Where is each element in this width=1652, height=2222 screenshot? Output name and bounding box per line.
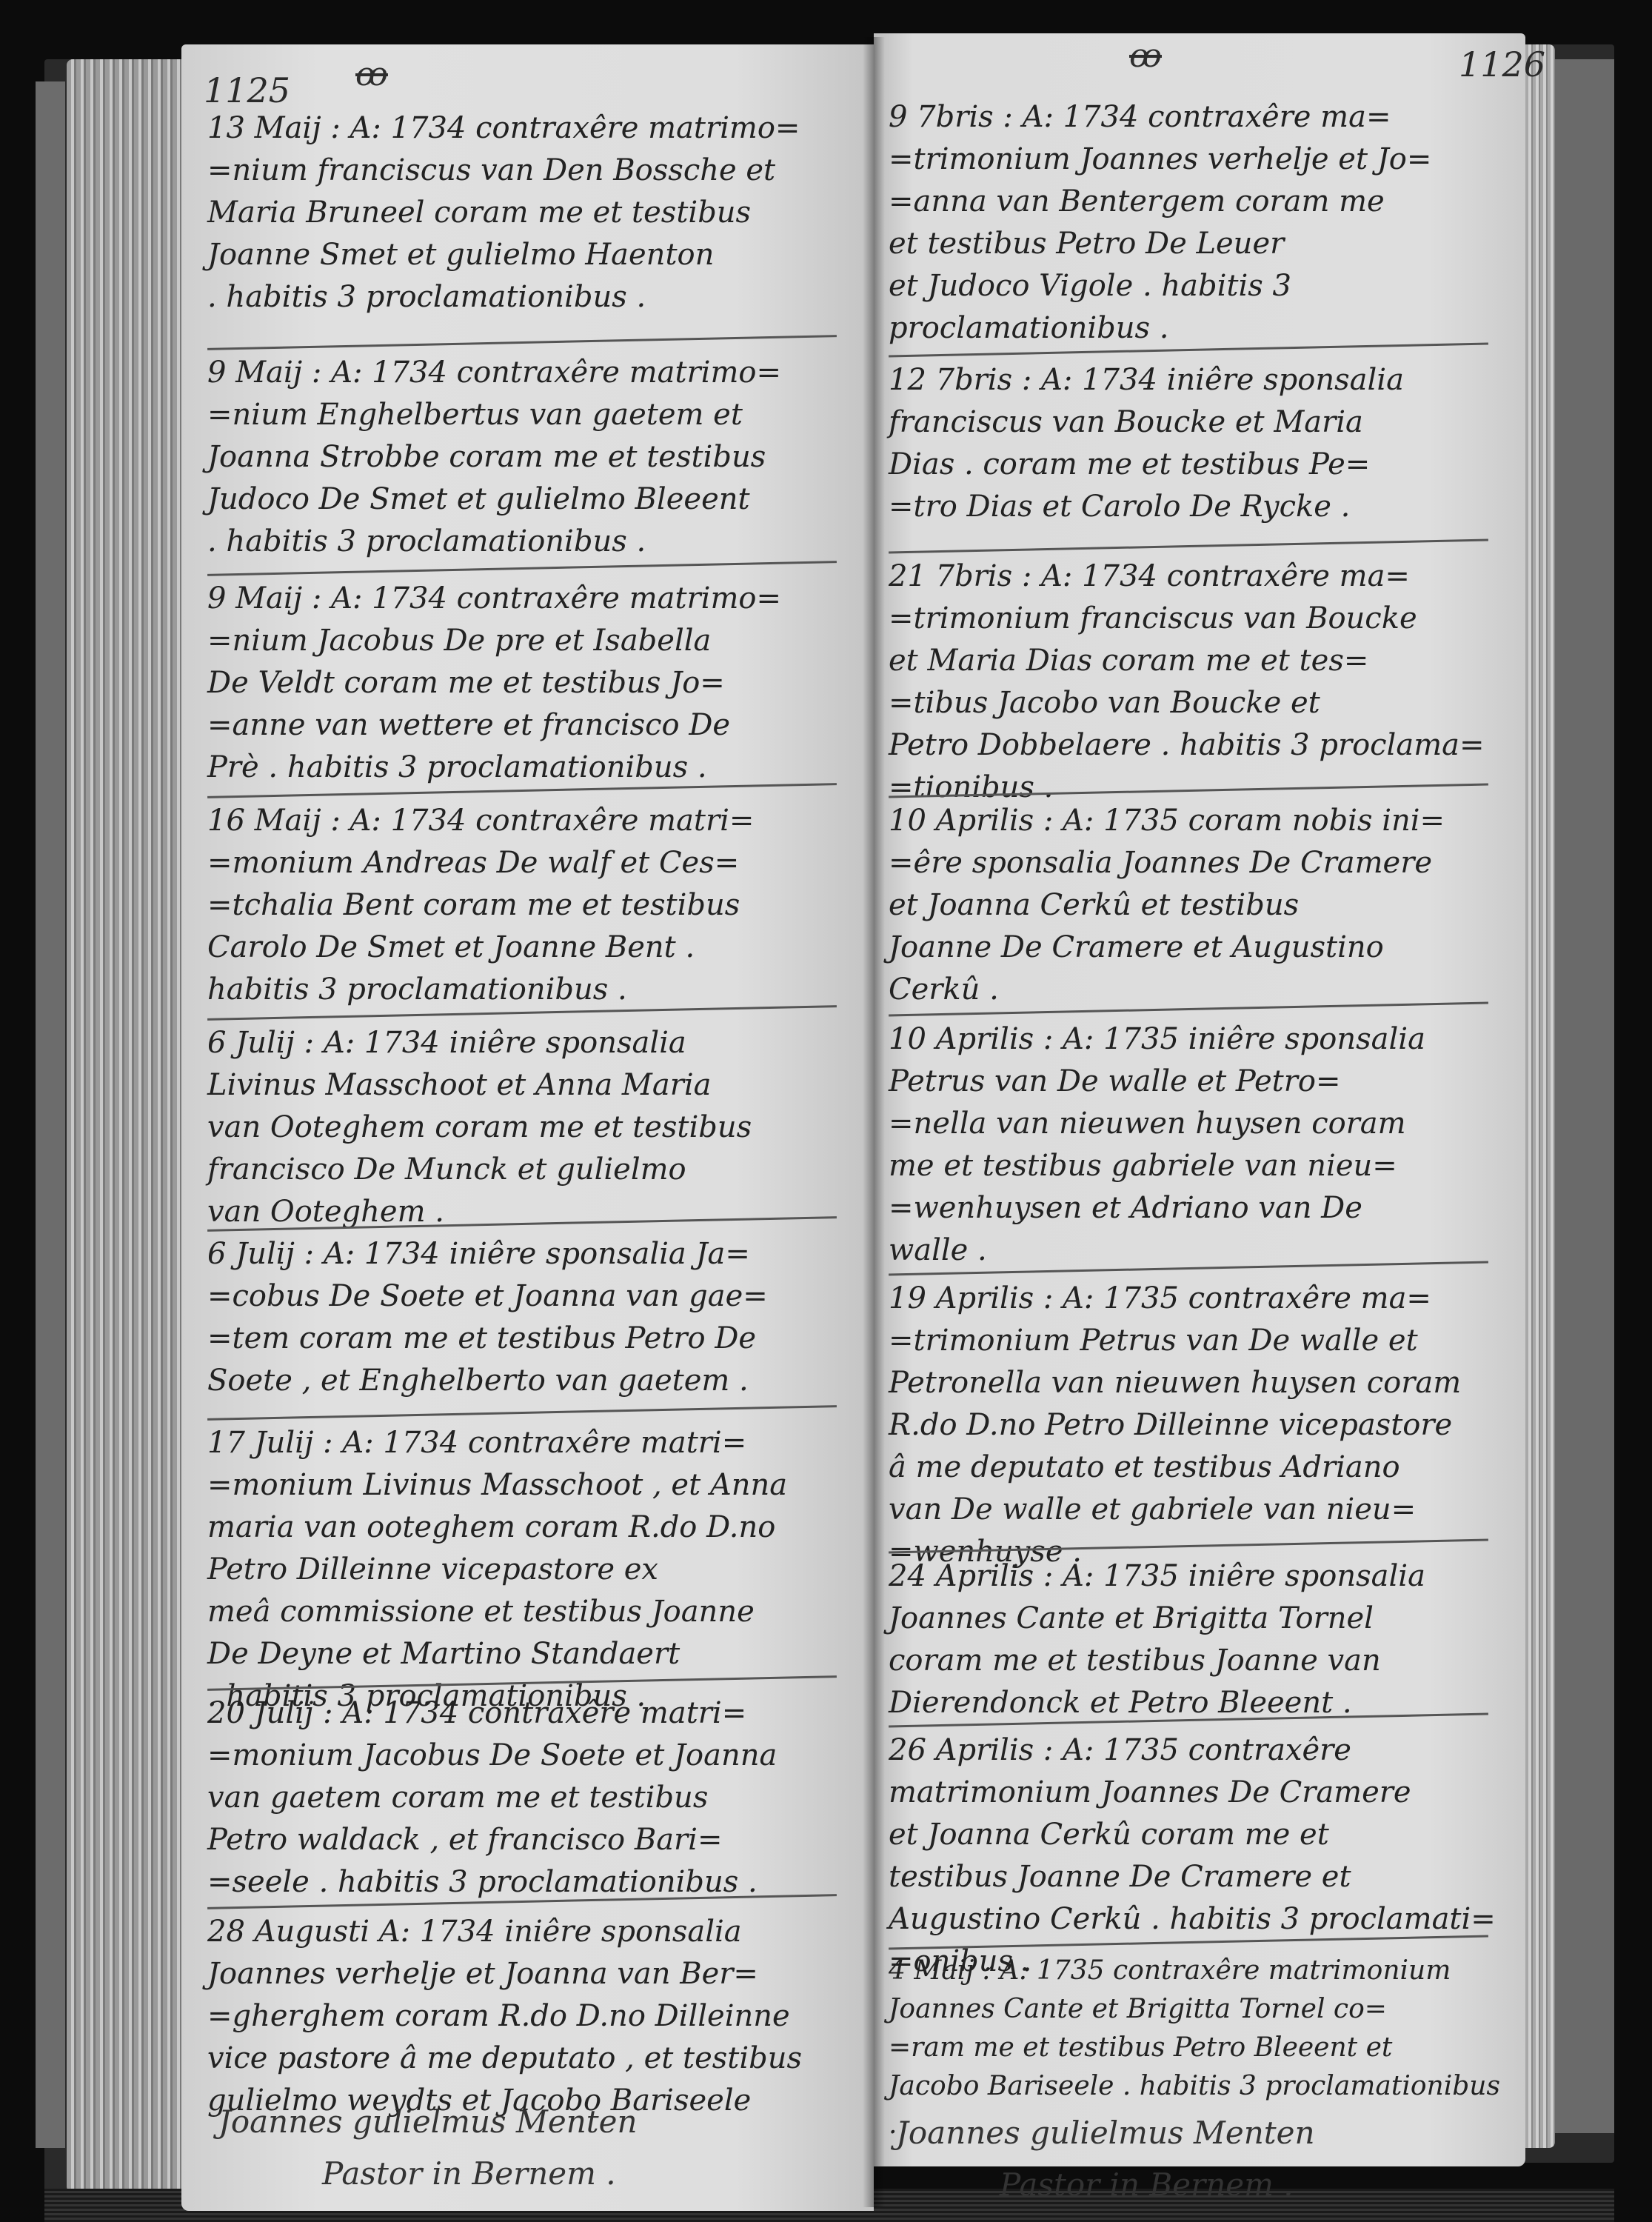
register-entry: 9 7bris : A: 1734 contraxêre ma= =trimon…	[889, 96, 1511, 350]
page-edges-left	[67, 59, 193, 2192]
pastor-signature-left: Joannes gulielmus Menten Pastor in Berne…	[218, 2096, 638, 2200]
folio-number-right: 1126	[1459, 44, 1545, 84]
left-page: 1125 ꝏ 13 Maij : A: 1734 contraxêre matr…	[181, 44, 874, 2211]
register-entry: 28 Augusti A: 1734 iniêre sponsalia Joan…	[207, 1911, 859, 2122]
monogram-right: ꝏ	[1129, 37, 1162, 75]
register-entry: 16 Maij : A: 1734 contraxêre matri= =mon…	[207, 800, 859, 1011]
register-entry: 6 Julij : A: 1734 iniêre sponsalia Livin…	[207, 1022, 859, 1233]
register-entry: 10 Aprilis : A: 1735 iniêre sponsalia Pe…	[889, 1018, 1511, 1272]
signature-title: Pastor in Bernem .	[218, 2148, 638, 2200]
signature-name: Joannes gulielmus Menten	[896, 2115, 1315, 2151]
signature-title: Pastor in Bernem .	[896, 2159, 1315, 2211]
register-entry: 13 Maij : A: 1734 contraxêre matrimo= =n…	[207, 107, 859, 318]
folio-number-left: 1125	[204, 70, 290, 110]
register-entry: 9 Maij : A: 1734 contraxêre matrimo= =ni…	[207, 578, 859, 789]
register-entry: 26 Aprilis : A: 1735 contraxêre matrimon…	[889, 1729, 1511, 1983]
register-entry: 17 Julij : A: 1734 contraxêre matri= =mo…	[207, 1422, 859, 1718]
book-cover-edge-left	[36, 81, 65, 2148]
register-entry: 20 Julij : A: 1734 contraxêre matri= =mo…	[207, 1692, 859, 1904]
signature-name: Joannes gulielmus Menten	[218, 2103, 638, 2140]
book-cover-edge-right	[1555, 59, 1614, 2133]
register-entry: 24 Aprilis : A: 1735 iniêre sponsalia Jo…	[889, 1555, 1511, 1724]
register-entry: 12 7bris : A: 1734 iniêre sponsalia fran…	[889, 359, 1511, 528]
right-page: 1126 ꝏ 9 7bris : A: 1734 contraxêre ma= …	[874, 33, 1525, 2166]
pastor-signature-right: Joannes gulielmus Menten Pastor in Berne…	[896, 2107, 1315, 2211]
register-entry: 19 Aprilis : A: 1735 contraxêre ma= =tri…	[889, 1278, 1511, 1573]
register-entry: 6 Julij : A: 1734 iniêre sponsalia Ja= =…	[207, 1233, 859, 1402]
monogram-left: ꝏ	[355, 56, 388, 93]
book-gutter	[863, 37, 885, 2207]
register-entry: 10 Aprilis : A: 1735 coram nobis ini= =ê…	[889, 800, 1511, 1011]
register-entry: 21 7bris : A: 1734 contraxêre ma= =trimo…	[889, 555, 1511, 809]
register-entry: 9 Maij : A: 1734 contraxêre matrimo= =ni…	[207, 352, 859, 563]
